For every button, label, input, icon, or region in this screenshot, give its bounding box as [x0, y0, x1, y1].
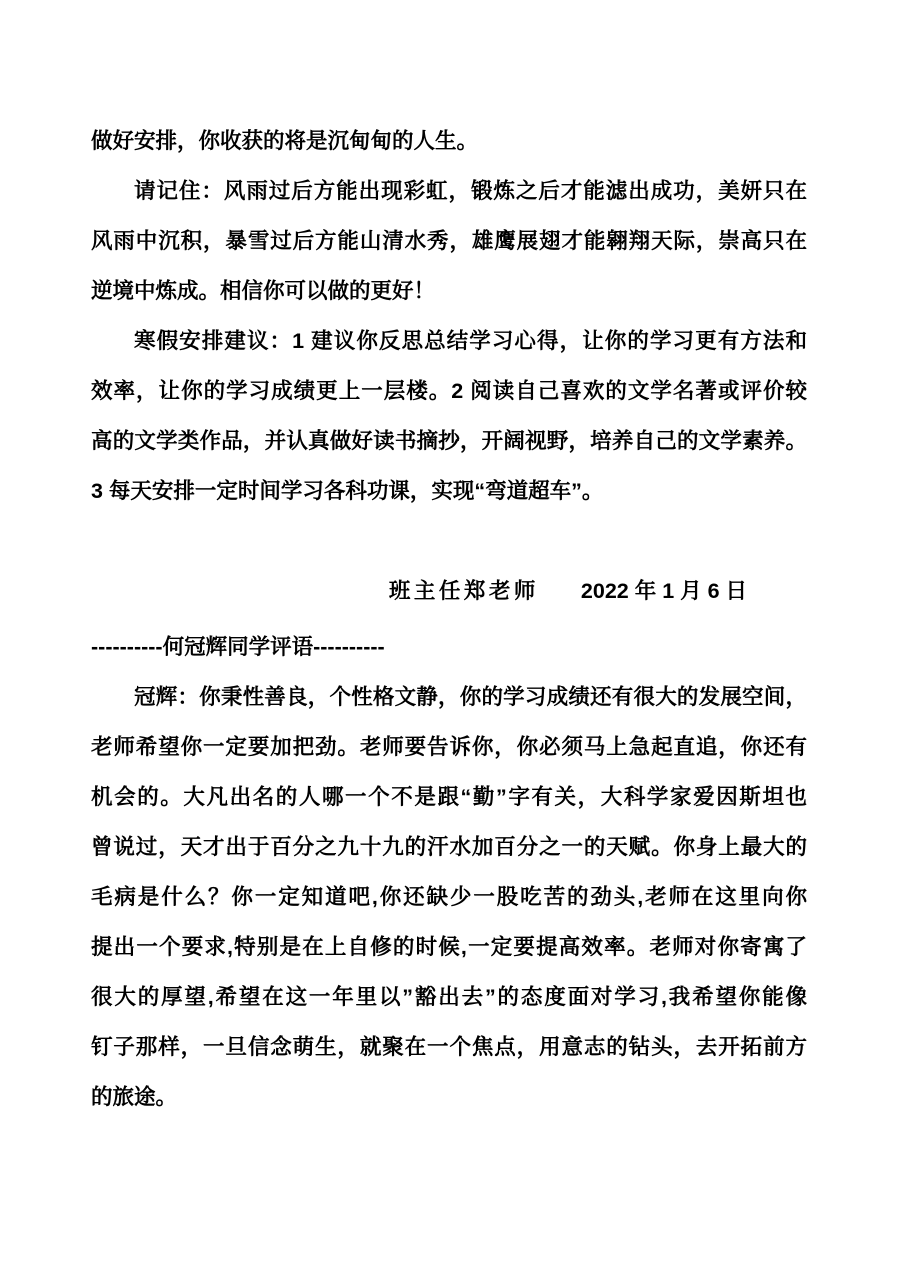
teacher-line-4: 逆境中炼成。相信你可以做的更好！	[91, 266, 807, 316]
signature-line: 班主任郑老师2022 年 1 月 6 日	[91, 516, 807, 566]
comment-line-1: 冠辉：你秉性善良，个性格文静，你的学习成绩还有很大的发展空间，	[91, 672, 807, 722]
teacher-line-2: 请记住：风雨过后方能出现彩虹，锻炼之后才能滤出成功，美妍只在	[91, 166, 807, 216]
comment-line-7: 很大的厚望,希望在这一年里以”豁出去”的态度面对学习,我希望你能像	[91, 972, 807, 1022]
signature-date: 2022 年 1 月 6 日	[581, 579, 747, 603]
comment-line-2: 老师希望你一定要加把劲。老师要告诉你，你必须马上急起直追，你还有	[91, 722, 807, 772]
comment-line-8: 钉子那样，一旦信念萌生，就聚在一个焦点，用意志的钻头，去开拓前方	[91, 1022, 807, 1072]
signature-teacher-name: 班主任郑老师	[389, 579, 539, 603]
comment-line-9: 的旅途。	[91, 1072, 807, 1122]
teacher-line-1: 做好安排，你收获的将是沉甸甸的人生。	[91, 116, 807, 166]
teacher-line-3: 风雨中沉积，暴雪过后方能山清水秀，雄鹰展翅才能翱翔天际，崇高只在	[91, 216, 807, 266]
teacher-line-6: 效率，让你的学习成绩更上一层楼。2 阅读自己喜欢的文学名著或评价较	[91, 366, 807, 416]
comment-line-4: 曾说过，天才出于百分之九十九的汗水加百分之一的天赋。你身上最大的	[91, 822, 807, 872]
teacher-line-7: 高的文学类作品，并认真做好读书摘抄，开阔视野，培养自己的文学素养。	[91, 416, 807, 466]
teacher-line-5: 寒假安排建议：1 建议你反思总结学习心得，让你的学习更有方法和	[91, 316, 807, 366]
comment-line-5: 毛病是什么？你一定知道吧,你还缺少一股吃苦的劲头,老师在这里向你	[91, 872, 807, 922]
teacher-line-8: 3 每天安排一定时间学习各科功课，实现“弯道超车”。	[91, 466, 807, 516]
comment-line-3: 机会的。大凡出名的人哪一个不是跟“勤”字有关，大科学家爱因斯坦也	[91, 772, 807, 822]
comment-separator-line: ----------何冠辉同学评语----------	[91, 622, 807, 672]
comment-line-6: 提出一个要求,特别是在上自修的时候,一定要提高效率。老师对你寄寓了	[91, 922, 807, 972]
document-page: 做好安排，你收获的将是沉甸甸的人生。 请记住：风雨过后方能出现彩虹，锻炼之后才能…	[91, 116, 807, 1122]
